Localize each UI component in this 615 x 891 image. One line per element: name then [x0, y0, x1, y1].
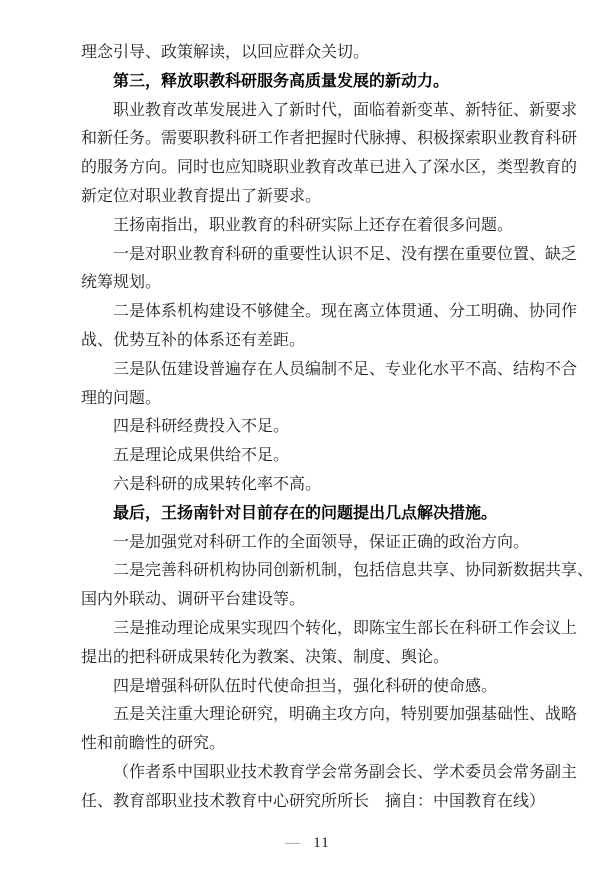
text-line: 三是推动理论成果实现四个转化，即陈宝生部长在科研工作会议上 — [81, 615, 599, 644]
text-line: 五是关注重大理论研究，明确主攻方向，特别要加强基础性、战略 — [81, 701, 599, 730]
page-number: 11 — [313, 835, 329, 851]
attribution-line: （作者系中国职业技术教育学会常务副会长、学术委员会常务副主 — [81, 759, 599, 788]
text-line: 和新任务。需要职教科研工作者把握时代脉搏、积极探索职业教育科研 — [81, 125, 599, 154]
text-line: 一是加强党对科研工作的全面领导，保证正确的政治方向。 — [81, 529, 599, 558]
text-line: 战、优势互补的体系还有差距。 — [81, 327, 599, 356]
document-page: 理念引导、政策解读，以回应群众关切。 第三，释放职教科研服务高质量发展的新动力。… — [0, 0, 615, 891]
bold-heading-line: 第三，释放职教科研服务高质量发展的新动力。 — [81, 68, 599, 97]
text-line: 二是体系机构建设不够健全。现在离立体贯通、分工明确、协同作 — [81, 298, 599, 327]
text-line: 提出的把科研成果转化为教案、决策、制度、舆论。 — [81, 644, 599, 673]
document-body: 理念引导、政策解读，以回应群众关切。 第三，释放职教科研服务高质量发展的新动力。… — [81, 39, 599, 817]
text-line: 六是科研的成果转化率不高。 — [81, 471, 599, 500]
text-line: 的服务方向。同时也应知晓职业教育改革已进入了深水区，类型教育的 — [81, 154, 599, 183]
text-line: 一是对职业教育科研的重要性认识不足、没有摆在重要位置、缺乏 — [81, 241, 599, 270]
text-line: 四是增强科研队伍时代使命担当，强化科研的使命感。 — [81, 673, 599, 702]
attribution-line: 任、教育部职业技术教育中心研究所所长 摘自：中国教育在线） — [81, 788, 599, 817]
bold-heading-line: 最后，王扬南针对目前存在的问题提出几点解决措施。 — [81, 500, 599, 529]
text-line: 理念引导、政策解读，以回应群众关切。 — [81, 39, 599, 68]
text-line: 国内外联动、调研平台建设等。 — [81, 586, 599, 615]
page-footer: —11 — [0, 835, 615, 852]
footer-dash: — — [285, 835, 300, 851]
text-line: 新定位对职业教育提出了新要求。 — [81, 183, 599, 212]
text-line: 性和前瞻性的研究。 — [81, 730, 599, 759]
text-line: 统筹规划。 — [81, 269, 599, 298]
text-line: 三是队伍建设普遍存在人员编制不足、专业化水平不高、结构不合 — [81, 356, 599, 385]
text-line: 职业教育改革发展进入了新时代，面临着新变革、新特征、新要求 — [81, 97, 599, 126]
text-line: 王扬南指出，职业教育的科研实际上还存在着很多问题。 — [81, 212, 599, 241]
text-line: 二是完善科研机构协同创新机制，包括信息共享、协同新数据共享、 — [81, 557, 599, 586]
text-line: 五是理论成果供给不足。 — [81, 442, 599, 471]
text-line: 四是科研经费投入不足。 — [81, 413, 599, 442]
text-line: 理的问题。 — [81, 385, 599, 414]
